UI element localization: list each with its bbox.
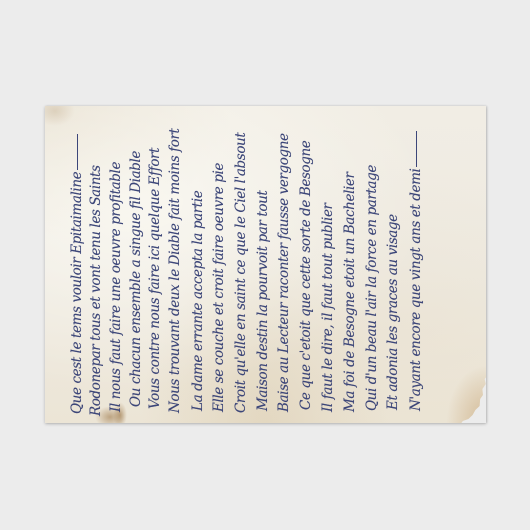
manuscript-line-15: Qui d'un beau l'air la force en partage	[364, 165, 380, 411]
manuscript-page: Que cest le tems vouloir Epitaimaline Ro…	[45, 106, 486, 423]
manuscript-line-9: Croit qu'elle en saint ce que le Ciel l'…	[233, 133, 249, 413]
manuscript-line-10: Maison destin la pourvoit par tout	[255, 191, 271, 411]
manuscript-line-1: Que cest le tems vouloir Epitaimaline	[69, 134, 85, 414]
manuscript-line-11: Baise au Lecteur raconter fausse vergogn…	[276, 133, 292, 412]
manuscript-line-12: Ce que c'etoit que cette sorte de Besogn…	[298, 141, 314, 410]
manuscript-line-6: Nous trouvant deux le Diable fait moins …	[167, 128, 183, 413]
manuscript-line-13: Il faut le dire, il faut tout publier	[320, 203, 336, 412]
manuscript-line-14: Ma foi de Besogne etoit un Bachelier	[342, 172, 358, 412]
manuscript-line-2: Rodonepar tous et vont tenu les Saints	[88, 165, 104, 416]
manuscript-line-3: Il nous faut faire une oeuvre profitable	[108, 162, 124, 412]
manuscript-line-16: Et adonia les graces au visage	[385, 214, 401, 410]
stain-top-left	[45, 106, 75, 126]
manuscript-line-8: Elle se couche et croit faire oeuvre pie	[211, 163, 227, 412]
manuscript-line-4: Ou chacun ensemble a singue fil Diable	[128, 151, 144, 407]
manuscript-line-7: La dame errante accepta la partie	[190, 191, 206, 411]
manuscript-line-17: N'ayant encore que vingt ans et demi	[408, 131, 424, 411]
manuscript-line-5: Vous contre nous faire ici quelque Effor…	[147, 148, 163, 409]
